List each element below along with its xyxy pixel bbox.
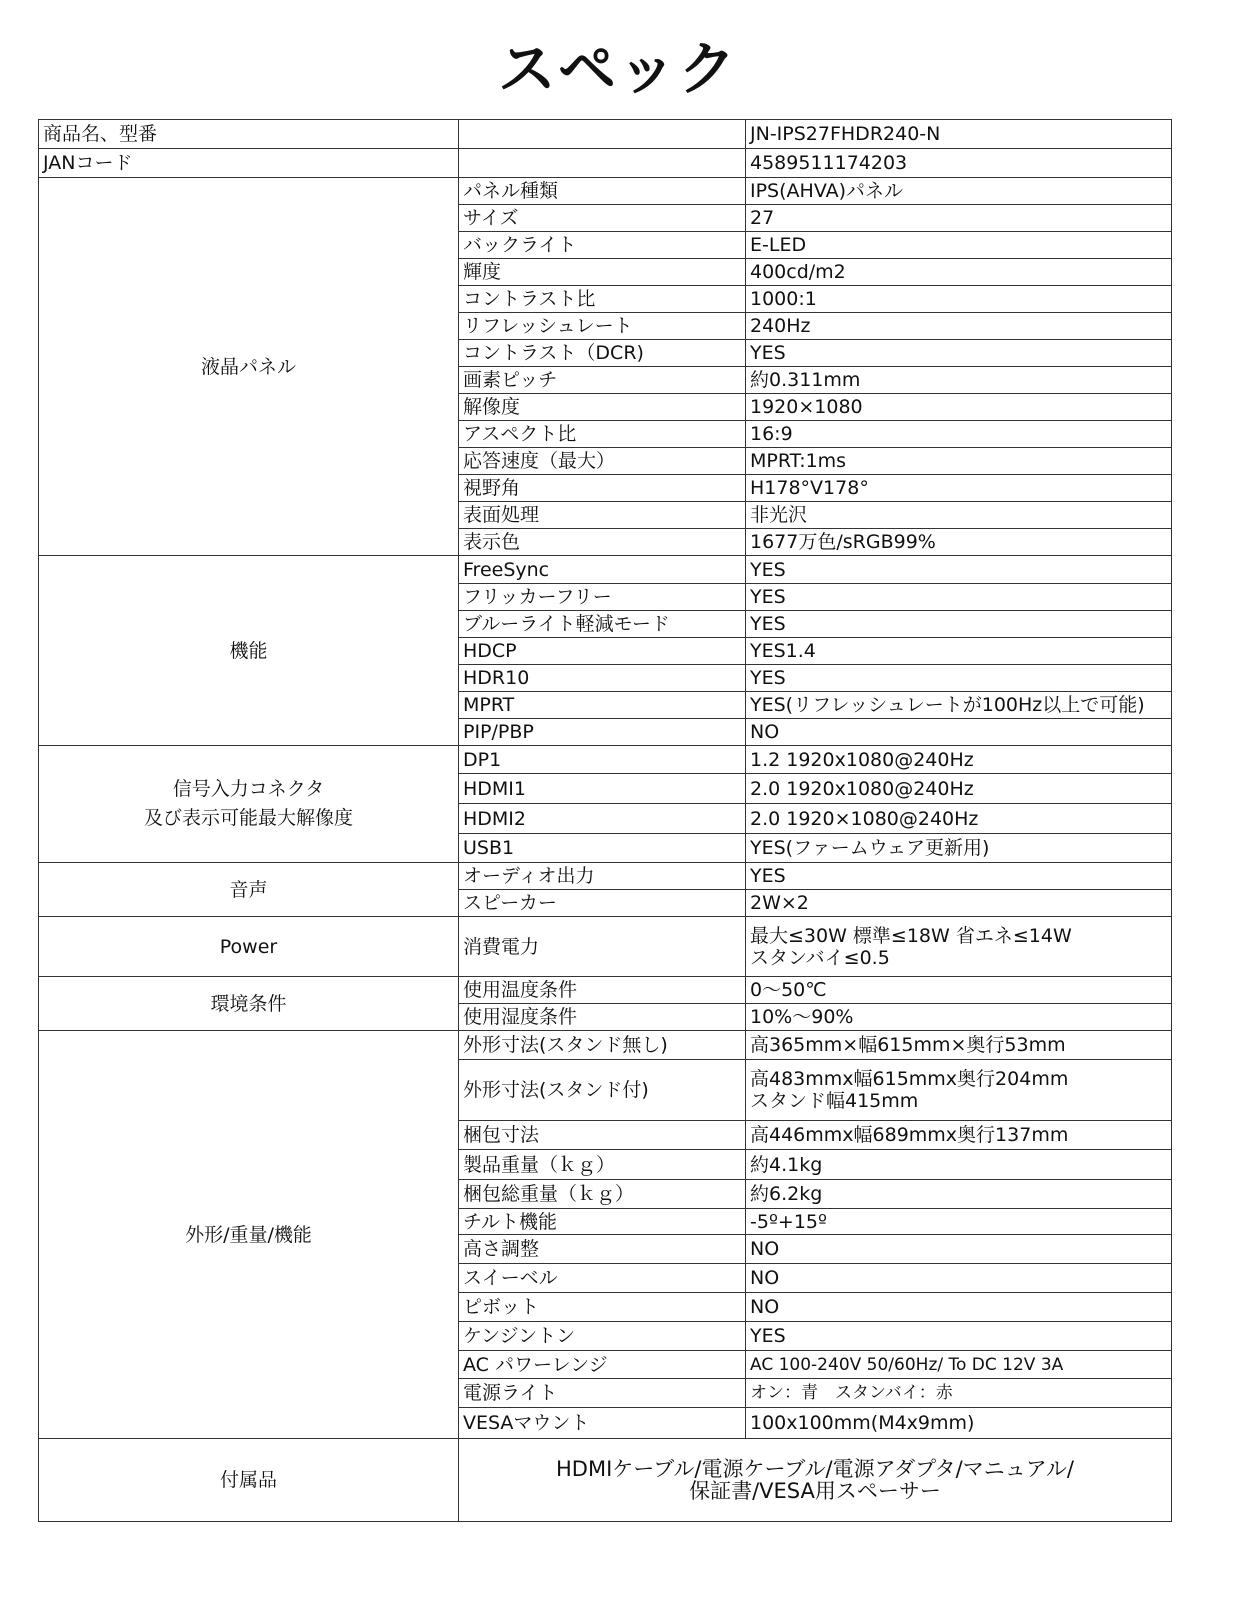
value-line2: スタンド幅415mm — [750, 1090, 1167, 1112]
item-value: 240Hz — [746, 313, 1172, 340]
accessories-line1: HDMIケーブル/電源ケーブル/電源アダプタ/マニュアル/ — [463, 1458, 1167, 1480]
item-value: NO — [746, 1235, 1172, 1264]
table-row: JANコード 4589511174203 — [39, 149, 1172, 178]
group-label-line2: 及び表示可能最大解像度 — [43, 804, 454, 833]
row-label: JANコード — [39, 149, 459, 178]
item-value: YES — [746, 340, 1172, 367]
item-label: 応答速度（最大） — [459, 448, 746, 475]
item-label: 使用温度条件 — [459, 977, 746, 1004]
item-value: NO — [746, 1264, 1172, 1293]
item-value: YES(リフレッシュレートが100Hz以上で可能) — [746, 692, 1172, 719]
item-value: 約0.311mm — [746, 367, 1172, 394]
item-value: 27 — [746, 205, 1172, 232]
accessories-value: HDMIケーブル/電源ケーブル/電源アダプタ/マニュアル/ 保証書/VESA用ス… — [459, 1439, 1172, 1522]
group-label: 音声 — [39, 863, 459, 917]
item-label: 電源ライト — [459, 1379, 746, 1408]
item-label: FreeSync — [459, 556, 746, 584]
item-value: 400cd/m2 — [746, 259, 1172, 286]
item-label: AC パワーレンジ — [459, 1351, 746, 1379]
item-label: 消費電力 — [459, 917, 746, 977]
item-label: フリッカーフリー — [459, 584, 746, 611]
item-label: リフレッシュレート — [459, 313, 746, 340]
item-label: 輝度 — [459, 259, 746, 286]
item-label: 高さ調整 — [459, 1235, 746, 1264]
item-label: 使用湿度条件 — [459, 1004, 746, 1031]
item-label: オーディオ出力 — [459, 863, 746, 890]
item-label: USB1 — [459, 834, 746, 863]
item-value: 約6.2kg — [746, 1180, 1172, 1209]
group-label: 機能 — [39, 556, 459, 746]
table-row: 商品名、型番 JN-IPS27FHDR240-N — [39, 120, 1172, 149]
item-label: PIP/PBP — [459, 719, 746, 746]
item-value: 100x100mm(M4x9mm) — [746, 1408, 1172, 1439]
item-value: -5º+15º — [746, 1209, 1172, 1235]
item-label: ピボット — [459, 1293, 746, 1322]
item-value: 1677万色/sRGB99% — [746, 529, 1172, 556]
item-value: 2W×2 — [746, 890, 1172, 917]
item-value: 10%～90% — [746, 1004, 1172, 1031]
value-line1: 高483mmx幅615mmx奥行204mm — [750, 1068, 1167, 1090]
item-value: YES — [746, 665, 1172, 692]
item-label: MPRT — [459, 692, 746, 719]
item-label: コントラスト比 — [459, 286, 746, 313]
group-label: Power — [39, 917, 459, 977]
item-label: 梱包寸法 — [459, 1121, 746, 1150]
item-value: YES(ファームウェア更新用) — [746, 834, 1172, 863]
item-label: DP1 — [459, 746, 746, 774]
item-value: 16:9 — [746, 421, 1172, 448]
item-label: バックライト — [459, 232, 746, 259]
item-value: YES — [746, 1322, 1172, 1351]
item-label: 画素ピッチ — [459, 367, 746, 394]
item-value: NO — [746, 719, 1172, 746]
item-value: 最大≤30W 標準≤18W 省エネ≤14W スタンバイ≤0.5 — [746, 917, 1172, 977]
item-label: 製品重量（ｋｇ） — [459, 1150, 746, 1180]
item-value: YES — [746, 584, 1172, 611]
item-value: 高483mmx幅615mmx奥行204mm スタンド幅415mm — [746, 1060, 1172, 1121]
group-label: 信号入力コネクタ 及び表示可能最大解像度 — [39, 746, 459, 863]
item-value: 2.0 1920x1080@240Hz — [746, 774, 1172, 804]
group-label: 外形/重量/機能 — [39, 1031, 459, 1439]
item-label: 梱包総重量（ｋｇ） — [459, 1180, 746, 1209]
table-row: 外形/重量/機能 外形寸法(スタンド無し) 高365mm×幅615mm×奥行53… — [39, 1031, 1172, 1060]
value-line1: 最大≤30W 標準≤18W 省エネ≤14W — [750, 925, 1167, 947]
item-value: IPS(AHVA)パネル — [746, 178, 1172, 205]
table-row: 音声 オーディオ出力 YES — [39, 863, 1172, 890]
value-line2: スタンバイ≤0.5 — [750, 947, 1167, 969]
item-value: 1920×1080 — [746, 394, 1172, 421]
item-label: スイーベル — [459, 1264, 746, 1293]
table-row: Power 消費電力 最大≤30W 標準≤18W 省エネ≤14W スタンバイ≤0… — [39, 917, 1172, 977]
table-row: 環境条件 使用温度条件 0～50℃ — [39, 977, 1172, 1004]
item-label: パネル種類 — [459, 178, 746, 205]
item-label: VESAマウント — [459, 1408, 746, 1439]
item-label: ブルーライト軽減モード — [459, 611, 746, 638]
table-row: 信号入力コネクタ 及び表示可能最大解像度 DP1 1.2 1920x1080@2… — [39, 746, 1172, 774]
item-value: YES — [746, 556, 1172, 584]
item-value: YES — [746, 611, 1172, 638]
item-label: HDR10 — [459, 665, 746, 692]
item-value: 1000:1 — [746, 286, 1172, 313]
item-label: 外形寸法(スタンド付) — [459, 1060, 746, 1121]
table-row: 液晶パネル パネル種類 IPS(AHVA)パネル — [39, 178, 1172, 205]
item-label: アスペクト比 — [459, 421, 746, 448]
item-value: 非光沢 — [746, 502, 1172, 529]
row-value: JN-IPS27FHDR240-N — [746, 120, 1172, 149]
accessories-line2: 保証書/VESA用スペーサー — [463, 1480, 1167, 1502]
page-title: スペック — [0, 22, 1236, 106]
item-label: 外形寸法(スタンド無し) — [459, 1031, 746, 1060]
table-row: 付属品 HDMIケーブル/電源ケーブル/電源アダプタ/マニュアル/ 保証書/VE… — [39, 1439, 1172, 1522]
item-value: 高365mm×幅615mm×奥行53mm — [746, 1031, 1172, 1060]
group-label-line1: 信号入力コネクタ — [43, 775, 454, 804]
item-value: YES1.4 — [746, 638, 1172, 665]
row-value: 4589511174203 — [746, 149, 1172, 178]
group-label: 液晶パネル — [39, 178, 459, 556]
group-label: 環境条件 — [39, 977, 459, 1031]
item-value: MPRT:1ms — [746, 448, 1172, 475]
spec-table: 商品名、型番 JN-IPS27FHDR240-N JANコード 45895111… — [38, 119, 1172, 1522]
item-label: 解像度 — [459, 394, 746, 421]
item-value: 1.2 1920x1080@240Hz — [746, 746, 1172, 774]
item-label: チルト機能 — [459, 1209, 746, 1235]
accessories-label: 付属品 — [39, 1439, 459, 1522]
item-value: 0～50℃ — [746, 977, 1172, 1004]
item-value: AC 100-240V 50/60Hz/ To DC 12V 3A — [746, 1351, 1172, 1379]
item-value: 高446mmx幅689mmx奥行137mm — [746, 1121, 1172, 1150]
item-label: 表面処理 — [459, 502, 746, 529]
item-label: HDMI1 — [459, 774, 746, 804]
row-label: 商品名、型番 — [39, 120, 459, 149]
item-value: オン：青 スタンバイ：赤 — [746, 1379, 1172, 1408]
item-value: 2.0 1920×1080@240Hz — [746, 804, 1172, 834]
item-value: YES — [746, 863, 1172, 890]
table-row: 機能 FreeSync YES — [39, 556, 1172, 584]
item-label: スピーカー — [459, 890, 746, 917]
item-label: 視野角 — [459, 475, 746, 502]
item-value: NO — [746, 1293, 1172, 1322]
item-value: H178°V178° — [746, 475, 1172, 502]
item-label: 表示色 — [459, 529, 746, 556]
item-label: ケンジントン — [459, 1322, 746, 1351]
item-value: E-LED — [746, 232, 1172, 259]
item-label: HDCP — [459, 638, 746, 665]
item-label: サイズ — [459, 205, 746, 232]
item-label: コントラスト（DCR) — [459, 340, 746, 367]
item-label: HDMI2 — [459, 804, 746, 834]
item-value: 約4.1kg — [746, 1150, 1172, 1180]
